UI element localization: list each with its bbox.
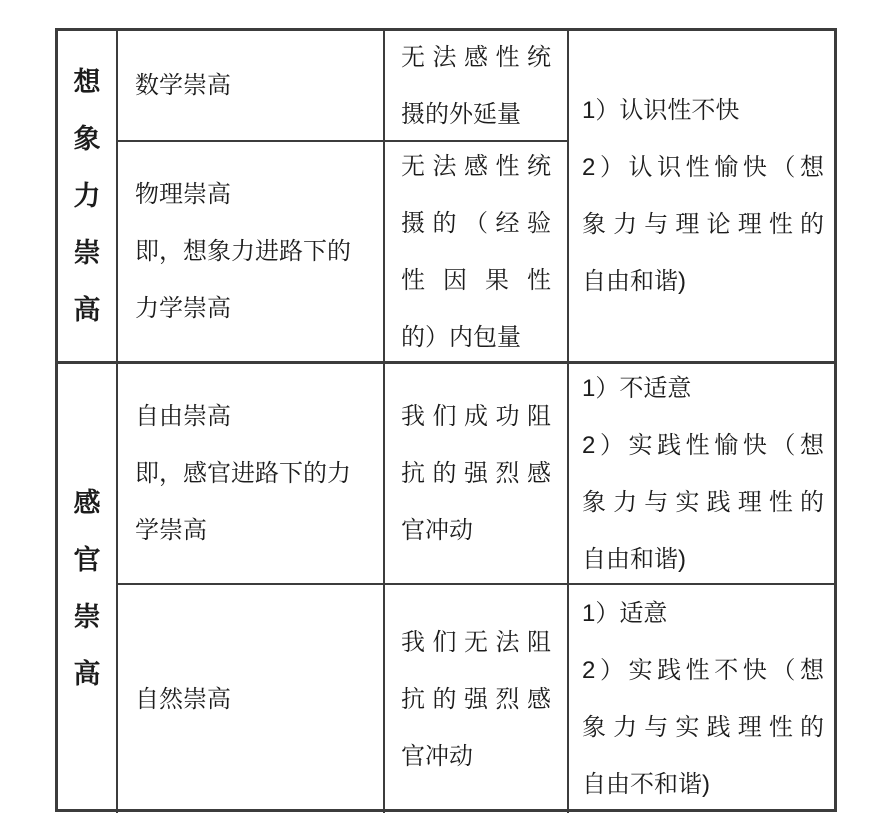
rowheader-char: 感 [74,475,101,532]
cell-line: 数学崇高 [135,57,369,114]
cell-line: 1）不适意 [582,360,824,417]
rowheader-char: 崇 [74,589,101,646]
rowheader-char: 高 [74,282,101,339]
cell-line: 1）认识性不快 [582,82,824,139]
cell-line: 自由和谐) [582,531,824,588]
rowheader-imagination-sublime: 想 象 力 崇 高 [58,31,118,364]
cell-line: 2）认识性愉快（想 [582,139,824,196]
rowheader-char: 力 [74,168,101,225]
cell-line: 1）适意 [582,585,824,642]
cell-physical-sublime: 物理崇高 即，想象力进路下的 力学崇高 [118,142,385,364]
sublime-classification-table: 想 象 力 崇 高 数学崇高 无法感性统 摄的外延量 1）认识性不快 2）认识性… [55,28,837,812]
rowheader-char: 高 [74,646,101,703]
cell-line: 物理崇高 [135,166,369,223]
cell-line: 力学崇高 [135,280,369,337]
cell-line: 象力与实践理性的 [582,474,824,531]
cell-practical-displeasure: 1）适意 2）实践性不快（想 象力与实践理性的 自由不和谐) [569,585,834,813]
rowheader-char: 象 [74,111,101,168]
cell-unresisted-impulse: 我们无法阻 抗的强烈感 官冲动 [385,585,569,813]
cell-line: 我们成功阻 [401,388,551,445]
cell-cognitive-feeling: 1）认识性不快 2）认识性愉快（想 象力与理论理性的 自由和谐) [569,31,834,364]
cell-extensive-magnitude: 无法感性统 摄的外延量 [385,31,569,142]
cell-practical-pleasure: 1）不适意 2）实践性愉快（想 象力与实践理性的 自由和谐) [569,364,834,585]
cell-line: 自由不和谐) [582,756,824,813]
cell-line: 即，想象力进路下的 [135,223,369,280]
cell-line: 象力与理论理性的 [582,196,824,253]
cell-line: 抗的强烈感 [401,445,551,502]
cell-line: 2）实践性愉快（想 [582,417,824,474]
cell-resisted-impulse: 我们成功阻 抗的强烈感 官冲动 [385,364,569,585]
cell-line: 无法感性统 [401,138,551,195]
page: 想 象 力 崇 高 数学崇高 无法感性统 摄的外延量 1）认识性不快 2）认识性… [0,0,876,835]
cell-line: 自由和谐) [582,253,824,310]
cell-mathematical-sublime: 数学崇高 [118,31,385,142]
rowheader-char: 想 [74,54,101,111]
cell-line: 即，感官进路下的力 [135,445,369,502]
cell-intensive-magnitude: 无法感性统 摄的（经验 性因果性 的）内包量 [385,142,569,364]
cell-line: 的）内包量 [401,309,551,366]
cell-line: 无法感性统 [401,29,551,86]
cell-nature-sublime: 自然崇高 [118,585,385,813]
rowheader-char: 官 [74,532,101,589]
cell-line: 自由崇高 [135,388,369,445]
cell-line: 摄的（经验 [401,195,551,252]
cell-line: 官冲动 [401,502,551,559]
cell-line: 抗的强烈感 [401,671,551,728]
cell-line: 官冲动 [401,728,551,785]
cell-line: 摄的外延量 [401,86,551,143]
cell-line: 自然崇高 [135,671,369,728]
cell-line: 学崇高 [135,502,369,559]
cell-line: 性因果性 [401,252,551,309]
cell-line: 2）实践性不快（想 [582,642,824,699]
cell-line: 我们无法阻 [401,614,551,671]
cell-freedom-sublime: 自由崇高 即，感官进路下的力 学崇高 [118,364,385,585]
cell-line: 象力与实践理性的 [582,699,824,756]
rowheader-char: 崇 [74,225,101,282]
rowheader-sensory-sublime: 感 官 崇 高 [58,364,118,813]
